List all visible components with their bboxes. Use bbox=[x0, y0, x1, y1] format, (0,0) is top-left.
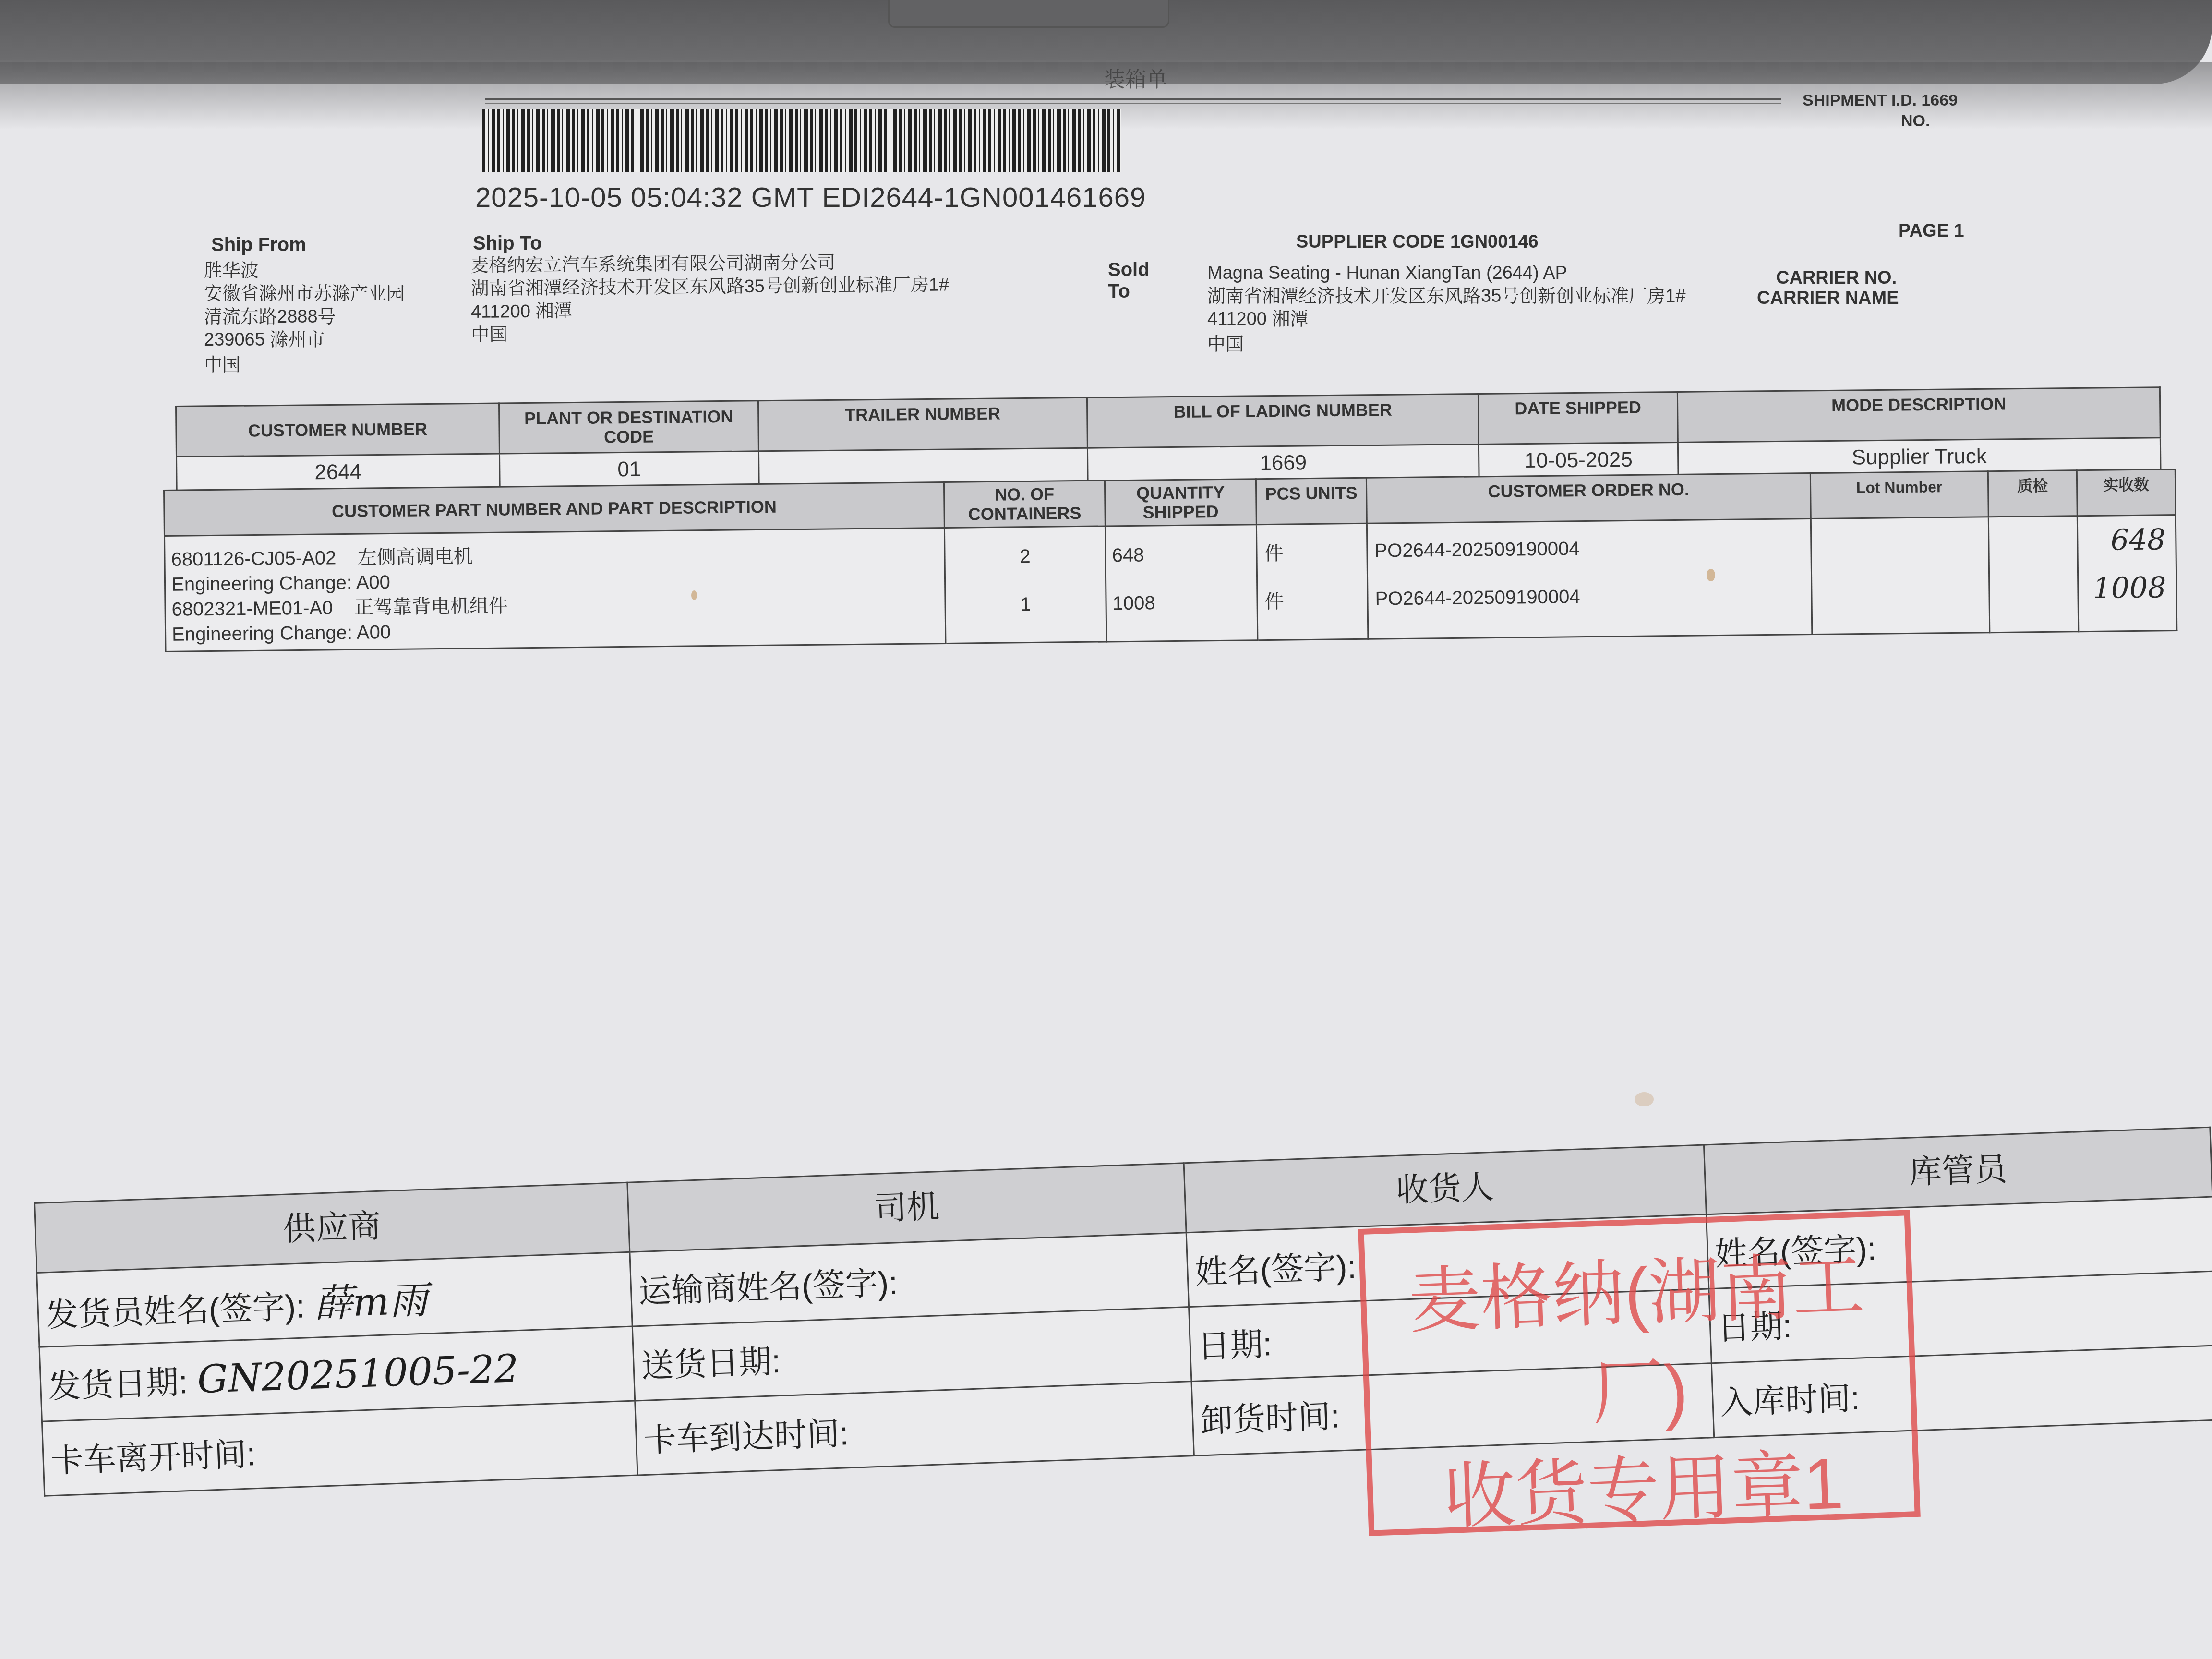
ship-to-line: 麦格纳宏立汽车系统集团有限公司湖南分公司 bbox=[470, 250, 949, 277]
order-value: PO2644-202509190004 bbox=[1374, 522, 1811, 575]
col-customer-order: CUSTOMER ORDER NO. bbox=[1366, 473, 1811, 524]
part-description: 正驾靠背电机组件 bbox=[354, 595, 508, 618]
truck-leave-label: 卡车离开时间: bbox=[50, 1436, 256, 1479]
shipment-id-no-label: NO. bbox=[1901, 112, 1930, 131]
col-quantity-shipped: QUANTITY SHIPPED bbox=[1105, 479, 1256, 526]
page-number: PAGE 1 bbox=[1899, 221, 1964, 241]
order-cell: PO2644-202509190004 PO2644-202509190004 bbox=[1367, 519, 1812, 639]
col-mode-description: MODE DESCRIPTION bbox=[1677, 387, 2160, 443]
plant-code-value: 01 bbox=[499, 451, 759, 487]
truck-arrive-label: 卡车到达时间: bbox=[643, 1415, 849, 1459]
order-value: PO2644-202509190004 bbox=[1375, 570, 1811, 623]
col-trailer-number: TRAILER NUMBER bbox=[758, 397, 1087, 451]
part-cell: 6801126-CJ05-A02 左侧高调电机 Engineering Chan… bbox=[165, 528, 946, 651]
containers-value: 1 bbox=[946, 579, 1105, 629]
supplier-code: SUPPLIER CODE 1GN00146 bbox=[1296, 232, 1539, 252]
packing-slip: 装箱单 2025-10-05 05:04:32 GMT EDI2644-1GN0… bbox=[0, 0, 2212, 1659]
ship-from-line: 中国 bbox=[204, 353, 405, 376]
stain bbox=[1635, 1092, 1654, 1106]
ship-to-line: 411200 湘潭 bbox=[471, 296, 950, 324]
ship-to-line: 中国 bbox=[471, 319, 950, 347]
ship-to-line: 湖南省湘潭经济技术开发区东风路35号创新创业标准厂房1# bbox=[470, 273, 949, 301]
ship-from-line: 胜华波 bbox=[204, 259, 405, 282]
ship-to-address: 麦格纳宏立汽车系统集团有限公司湖南分公司 湖南省湘潭经济技术开发区东风路35号创… bbox=[470, 250, 950, 347]
unit-value: 件 bbox=[1264, 529, 1367, 578]
col-lot-number: Lot Number bbox=[1810, 471, 1988, 519]
shipper-label: 发货员姓名(签字): bbox=[45, 1288, 306, 1334]
ship-from-line: 239065 滁州市 bbox=[204, 328, 405, 351]
ship-from-line: 清流东路2888号 bbox=[204, 305, 405, 328]
part-description: 左侧高调电机 bbox=[358, 546, 473, 568]
sold-to-line: 411200 湘潭 bbox=[1207, 308, 1686, 331]
carrier-no-label: CARRIER NO. bbox=[1776, 268, 1897, 289]
col-customer-number: CUSTOMER NUMBER bbox=[176, 403, 500, 457]
unit-cell: 件 件 bbox=[1256, 523, 1368, 640]
col-part-description: CUSTOMER PART NUMBER AND PART DESCRIPTIO… bbox=[164, 482, 945, 536]
ship-date-handwritten: GN20251005-22 bbox=[196, 1346, 519, 1401]
shipper-signature: 薛m雨 bbox=[313, 1277, 428, 1326]
stain bbox=[691, 590, 697, 600]
col-bill-of-lading: BILL OF LADING NUMBER bbox=[1087, 394, 1479, 448]
table-row: 6801126-CJ05-A02 左侧高调电机 Engineering Chan… bbox=[165, 515, 2177, 652]
ship-from-label: Ship From bbox=[211, 234, 306, 256]
part-number: 6802321-ME01-A0 bbox=[171, 597, 333, 620]
containers-cell: 2 1 bbox=[944, 526, 1106, 643]
col-plant-code: PLANT OR DESTINATION CODE bbox=[499, 401, 758, 454]
receiving-stamp: 麦格纳(湖南工厂) 收货专用章1 bbox=[1358, 1210, 1921, 1536]
col-received-qty: 实收数 bbox=[2077, 469, 2176, 516]
containers-value: 2 bbox=[946, 531, 1105, 581]
stain bbox=[1707, 569, 1715, 581]
ship-date-label: 发货日期: bbox=[48, 1364, 188, 1405]
ship-to-label: Ship To bbox=[473, 233, 542, 254]
sold-to-address: Magna Seating - Hunan XiangTan (2644) AP… bbox=[1207, 262, 1686, 356]
date-shipped-value: 10-05-2025 bbox=[1479, 442, 1678, 478]
carrier-label: 运输商姓名(签字): bbox=[638, 1264, 899, 1310]
ship-from-address: 胜华波 安徽省滁州市苏滁产业园 清流东路2888号 239065 滁州市 中国 bbox=[204, 259, 405, 376]
col-containers: NO. OF CONTAINERS bbox=[944, 481, 1105, 528]
receiver-name-label: 姓名(签字): bbox=[1194, 1248, 1357, 1290]
unit-value: 件 bbox=[1264, 577, 1367, 626]
ship-from-line: 安徽省滁州市苏滁产业园 bbox=[204, 282, 405, 305]
col-date-shipped: DATE SHIPPED bbox=[1478, 392, 1678, 444]
sold-to-label-2: To bbox=[1108, 281, 1130, 302]
sold-to-line: 湖南省湘潭经济技术开发区东风路35号创新创业标准厂房1# bbox=[1207, 285, 1686, 308]
trailer-number-value bbox=[758, 448, 1088, 485]
col-pcs-units: PCS UNITS bbox=[1256, 478, 1367, 524]
customer-number-value: 2644 bbox=[177, 454, 500, 490]
line-items-table: CUSTOMER PART NUMBER AND PART DESCRIPTIO… bbox=[163, 469, 2177, 652]
sold-to-line: Magna Seating - Hunan XiangTan (2644) AP bbox=[1207, 262, 1686, 285]
barcode-text: 2025-10-05 05:04:32 GMT EDI2644-1GN00146… bbox=[475, 181, 1146, 214]
qty-value: 648 bbox=[1112, 530, 1256, 579]
part-number: 6801126-CJ05-A02 bbox=[171, 547, 336, 570]
document-title: 装箱单 bbox=[1104, 62, 1167, 93]
received-cell: 648 1008 bbox=[2077, 515, 2177, 632]
qty-value: 1008 bbox=[1112, 578, 1257, 627]
barcode bbox=[482, 109, 1121, 172]
delivery-date-label: 送货日期: bbox=[640, 1343, 781, 1384]
lot-cell bbox=[1811, 517, 1990, 635]
received-value-handwritten: 648 bbox=[2078, 516, 2166, 565]
qty-cell: 648 1008 bbox=[1105, 525, 1258, 642]
shipment-id: SHIPMENT I.D. 1669 bbox=[1803, 91, 1958, 110]
carrier-name-label: CARRIER NAME bbox=[1757, 288, 1899, 309]
receiver-date-label: 日期: bbox=[1197, 1326, 1272, 1365]
sold-to-line: 中国 bbox=[1207, 333, 1686, 356]
col-quality-check: 质检 bbox=[1988, 470, 2077, 517]
sold-to-label-1: Sold bbox=[1108, 259, 1150, 281]
received-value-handwritten: 1008 bbox=[2079, 564, 2166, 613]
stamp-line-1: 麦格纳(湖南工厂) bbox=[1365, 1235, 1912, 1451]
stamp-line-2: 收货专用章1 bbox=[1371, 1431, 1915, 1549]
unload-time-label: 卸货时间: bbox=[1200, 1398, 1340, 1439]
qc-cell bbox=[1988, 516, 2079, 633]
header-rule bbox=[485, 98, 1781, 104]
